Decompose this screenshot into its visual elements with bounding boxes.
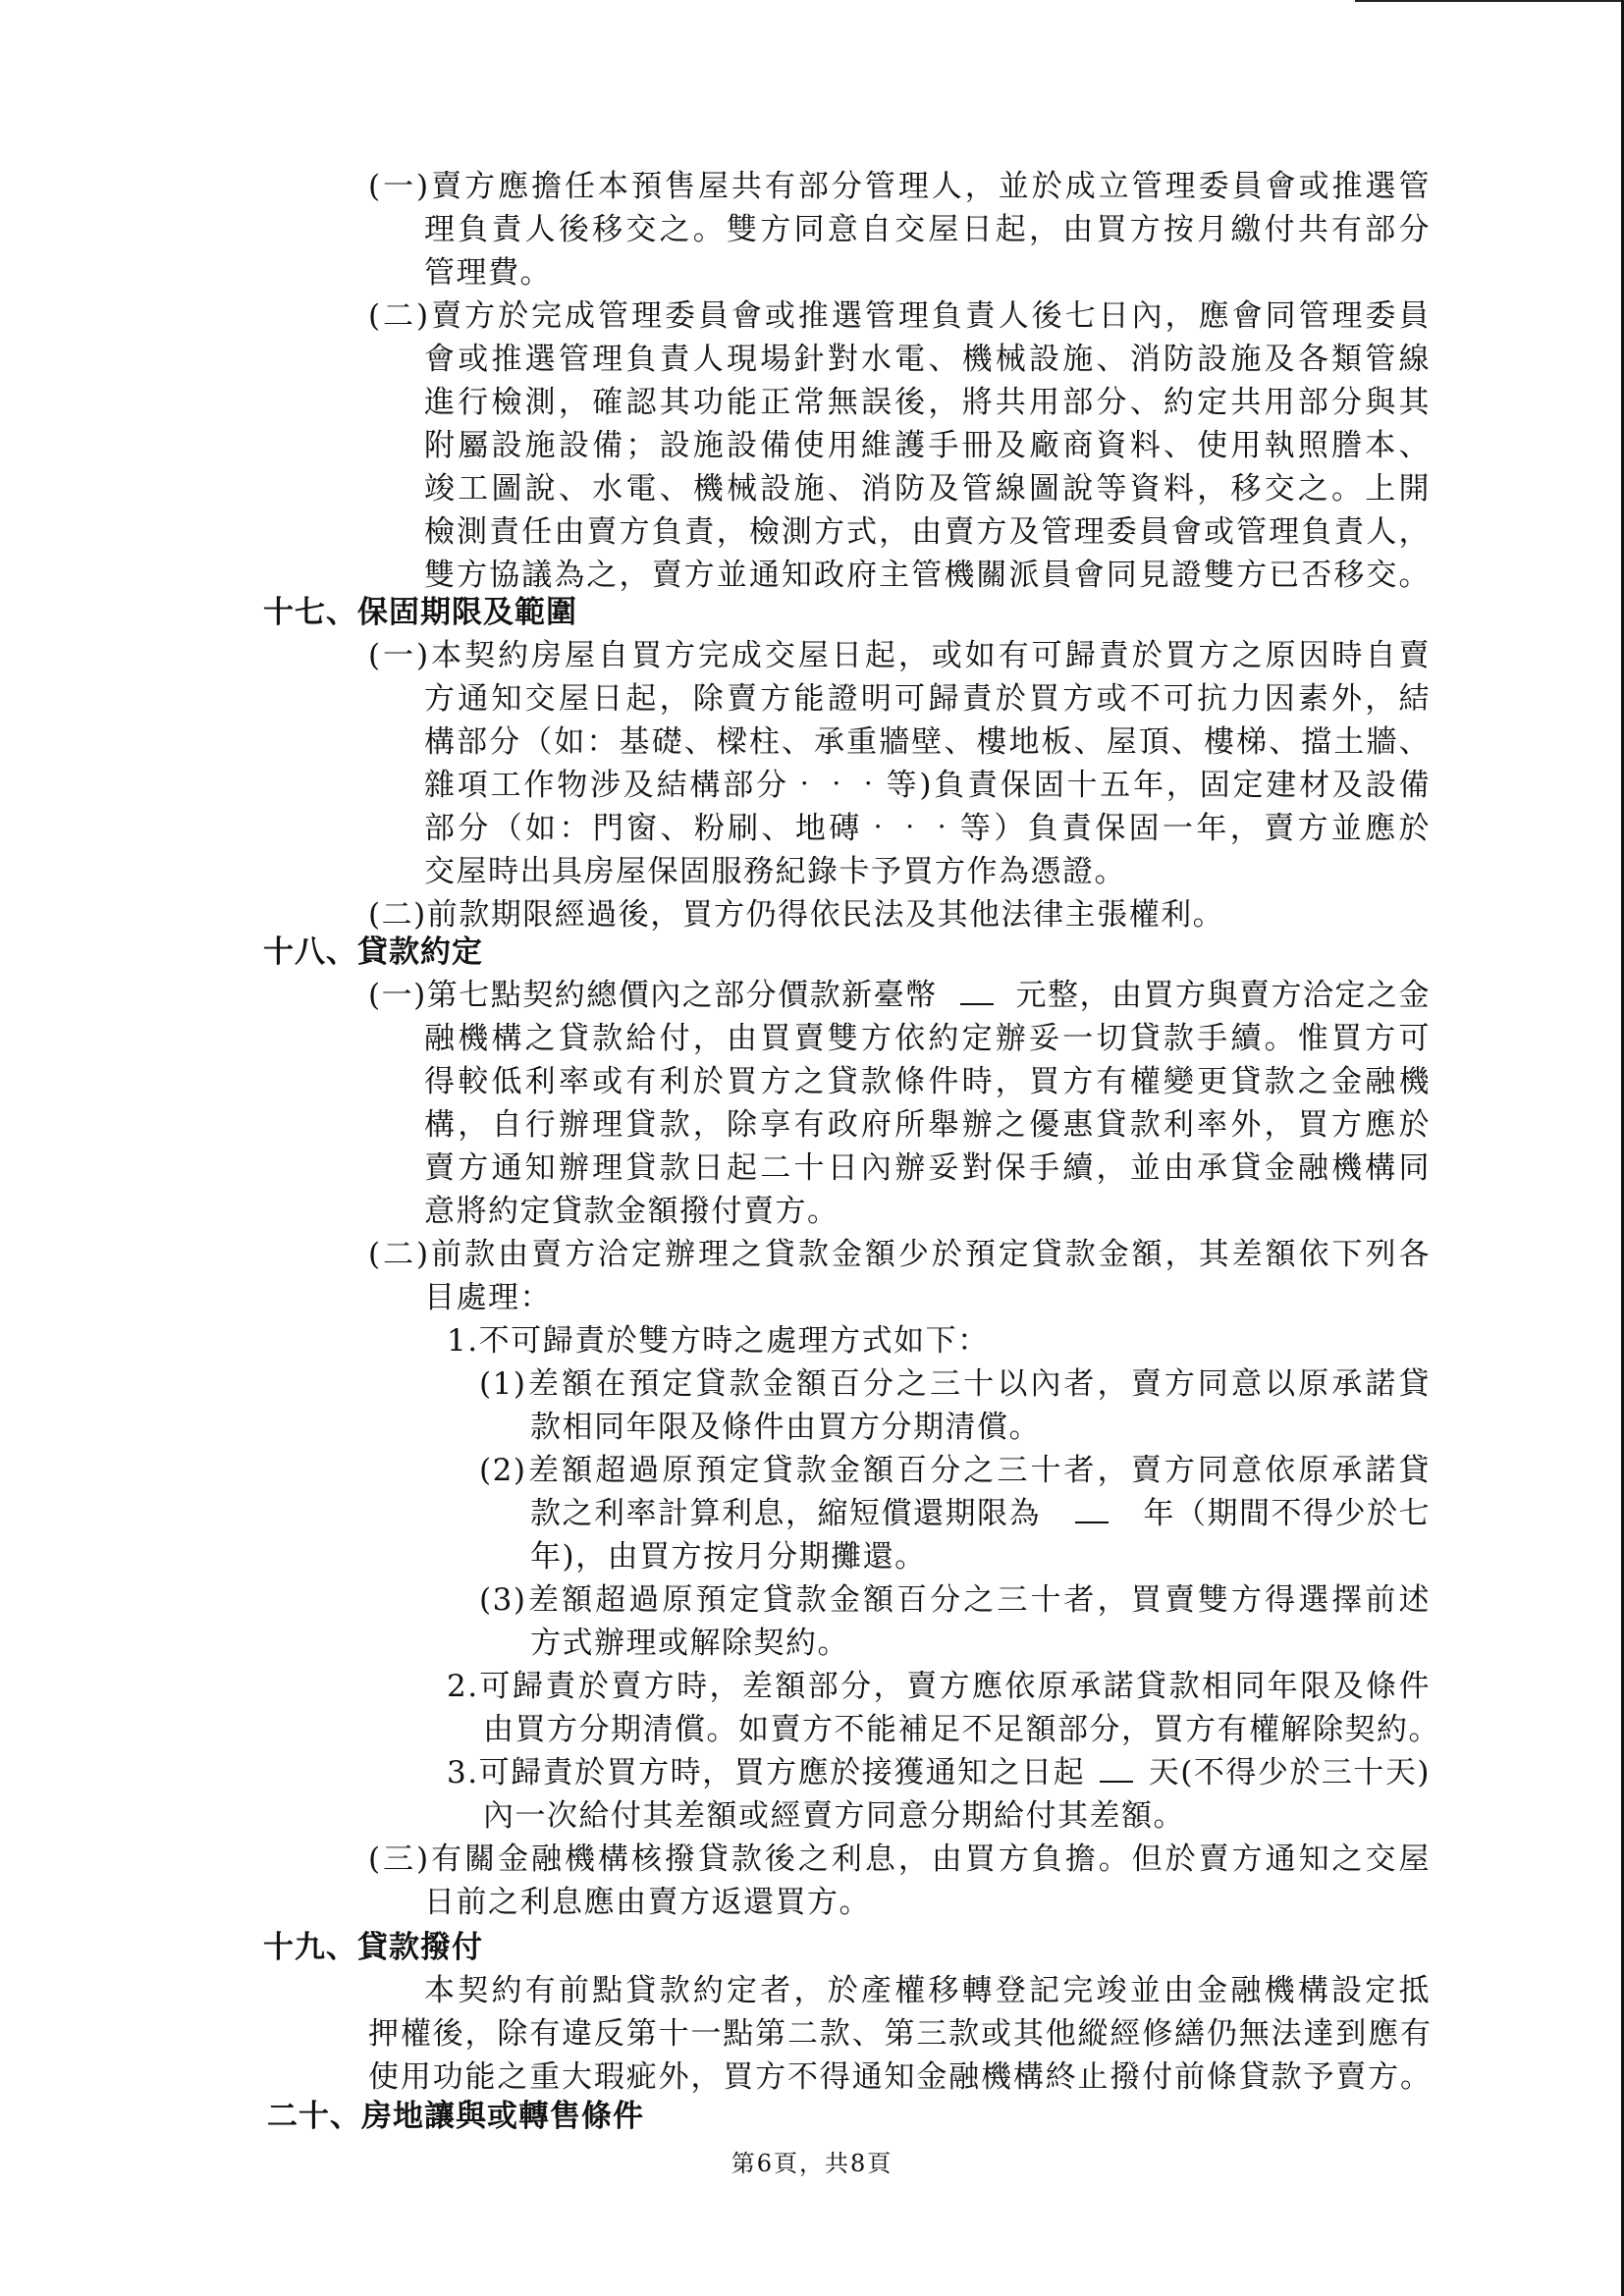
s18-sub3-days-blank <box>1100 1751 1133 1794</box>
s18-sub2-line1: 2.可歸責於賣方時，差額部分，賣方應依原承諾貸款相同年限及條件 <box>447 1665 1431 1708</box>
page-number-footer: 第6頁，共8頁 <box>0 2144 1624 2178</box>
s18-item1-line2: 融機構之貸款給付，由買賣雙方依約定辦妥一切貸款手續。惟買方可 <box>424 1017 1431 1060</box>
scan-edge-top <box>1355 0 1624 2</box>
section20-heading: 二十、房地讓與或轉售條件 <box>267 2095 644 2138</box>
s18-item2-line2: 目處理： <box>424 1276 552 1319</box>
s18-item1-line1-before: (一)第七點契約總價內之部分價款新臺幣 <box>368 974 938 1017</box>
s17-item1-line3: 構部分（如：基礎、樑柱、承重牆壁、樓地板、屋頂、樓梯、擋土牆、 <box>424 721 1431 764</box>
s18-point2-line2-before: 款之利率計算利息，縮短償還期限為 <box>530 1492 1041 1535</box>
section18-heading: 十八、貸款約定 <box>263 931 483 974</box>
s18-sub3-line2: 內一次給付其差額或經賣方同意分期給付其差額。 <box>483 1794 1185 1838</box>
s17-item1-line2: 方通知交屋日起，除賣方能證明可歸責於買方或不可抗力因素外，結 <box>424 677 1431 721</box>
s18-item3-line2: 日前之利息應由賣方返還買方。 <box>424 1881 871 1924</box>
s19-line3: 使用功能之重大瑕疵外，買方不得通知金融機構終止撥付前條貸款予賣方。 <box>368 2056 1431 2099</box>
s18-item2-sub1-label: 1.不可歸責於雙方時之處理方式如下： <box>447 1319 990 1362</box>
s16-item2-line1: (二)賣方於完成管理委員會或推選管理負責人後七日內，應會同管理委員 <box>368 294 1431 338</box>
s18-item1-line6: 意將約定貸款金額撥付賣方。 <box>424 1190 839 1233</box>
s17-item1-line4: 雜項工作物涉及結構部分‧‧‧等)負責保固十五年，固定建材及設備 <box>424 764 1431 807</box>
s18-point2-years-blank <box>1075 1492 1109 1535</box>
s18-item3-line1: (三)有關金融機構核撥貸款後之利息，由買方負擔。但於賣方通知之交屋 <box>368 1838 1431 1881</box>
s18-sub3-line1-before: 3.可歸責於買方時，買方應於接獲通知之日起 <box>447 1751 1085 1794</box>
s18-sub1-point1-line1: (1)差額在預定貸款金額百分之三十以內者，賣方同意以原承諾貸 <box>479 1362 1431 1406</box>
s17-item1-line5: 部分（如：門窗、粉刷、地磚‧‧‧等）負責保固一年，賣方並應於 <box>424 807 1431 850</box>
s16-item2-line2: 會或推選管理負責人現場針對水電、機械設施、消防設施及各類管線 <box>424 338 1431 381</box>
s18-item1-line1-after: 元整，由買方與賣方洽定之金 <box>1016 974 1432 1017</box>
s18-sub1-point2-line3: 年)，由買方按月分期攤還。 <box>530 1535 927 1578</box>
s17-item1-line1: (一)本契約房屋自買方完成交屋日起，或如有可歸責於買方之原因時自賣 <box>368 634 1431 677</box>
s16-item2-line5: 竣工圖說、水電、機械設施、消防及管線圖說等資料，移交之。上開 <box>424 467 1431 510</box>
section17-heading: 十七、保固期限及範圍 <box>263 591 577 634</box>
section19-heading: 十九、貸款撥付 <box>263 1926 483 1969</box>
years-blank-field <box>1075 1496 1109 1523</box>
s18-sub2-line2: 由買方分期清償。如賣方不能補足不足額部分，買方有權解除契約。 <box>483 1708 1431 1751</box>
s16-item2-line4: 附屬設施設備；設施設備使用維護手冊及廠商資料、使用執照謄本、 <box>424 424 1431 467</box>
s16-item2-line6: 檢測責任由賣方負責，檢測方式，由賣方及管理委員會或管理負責人， <box>424 510 1431 554</box>
s19-line1: 本契約有前點貸款約定者，於產權移轉登記完竣並由金融機構設定抵 <box>424 1969 1431 2012</box>
s18-sub3-line1: 3.可歸責於買方時，買方應於接獲通知之日起 天(不得少於三十天) <box>447 1751 1431 1794</box>
s16-item1-line2: 理負責人後移交之。雙方同意自交屋日起，由買方按月繳付共有部分 <box>424 208 1431 251</box>
s18-sub1-point1-line2: 款相同年限及條件由買方分期清償。 <box>530 1406 1041 1449</box>
s18-point2-line2-after: 年（期間不得少於七 <box>1144 1492 1432 1535</box>
s16-item1-line1: (一)賣方應擔任本預售屋共有部分管理人，並於成立管理委員會或推選管 <box>368 165 1431 208</box>
s18-item1-line4: 構，自行辦理貸款，除享有政府所舉辦之優惠貸款利率外，買方應於 <box>424 1103 1431 1147</box>
days-blank-field <box>1100 1755 1133 1783</box>
s19-line2: 押權後，除有違反第十一點第二款、第三款或其他縱經修繕仍無法達到應有 <box>368 2012 1431 2056</box>
s18-item2-line1: (二)前款由賣方洽定辦理之貸款金額少於預定貸款金額，其差額依下列各 <box>368 1233 1431 1276</box>
s17-item1-line6: 交屋時出具房屋保固服務紀錄卡予買方作為憑證。 <box>424 850 1126 893</box>
s16-item1-line3: 管理費。 <box>424 251 552 294</box>
s16-item2-line3: 進行檢測，確認其功能正常無誤後，將共用部分、約定共用部分與其 <box>424 381 1431 424</box>
s18-item1-line3: 得較低利率或有利於買方之貸款條件時，買方有權變更貸款之金融機 <box>424 1060 1431 1103</box>
s18-sub3-line1-after: 天(不得少於三十天) <box>1149 1751 1431 1794</box>
s18-sub1-point2-line1: (2)差額超過原預定貸款金額百分之三十者，賣方同意依原承諾貸 <box>479 1449 1431 1492</box>
s18-item1-amount-blank <box>960 974 994 1017</box>
s18-sub1-point3-line1: (3)差額超過原預定貸款金額百分之三十者，買賣雙方得選擇前述 <box>479 1578 1431 1622</box>
s18-item1-line1: (一)第七點契約總價內之部分價款新臺幣 元整，由買方與賣方洽定之金 <box>368 974 1431 1017</box>
amount-blank-field <box>960 978 994 1005</box>
s18-sub1-point3-line2: 方式辦理或解除契約。 <box>530 1622 849 1665</box>
s17-item2-line1: (二)前款期限經過後，買方仍得依民法及其他法律主張權利。 <box>368 893 1224 936</box>
s18-sub1-point2-line2: 款之利率計算利息，縮短償還期限為 年（期間不得少於七 <box>530 1492 1431 1535</box>
s18-item1-line5: 賣方通知辦理貸款日起二十日內辦妥對保手續，並由承貸金融機構同 <box>424 1147 1431 1190</box>
